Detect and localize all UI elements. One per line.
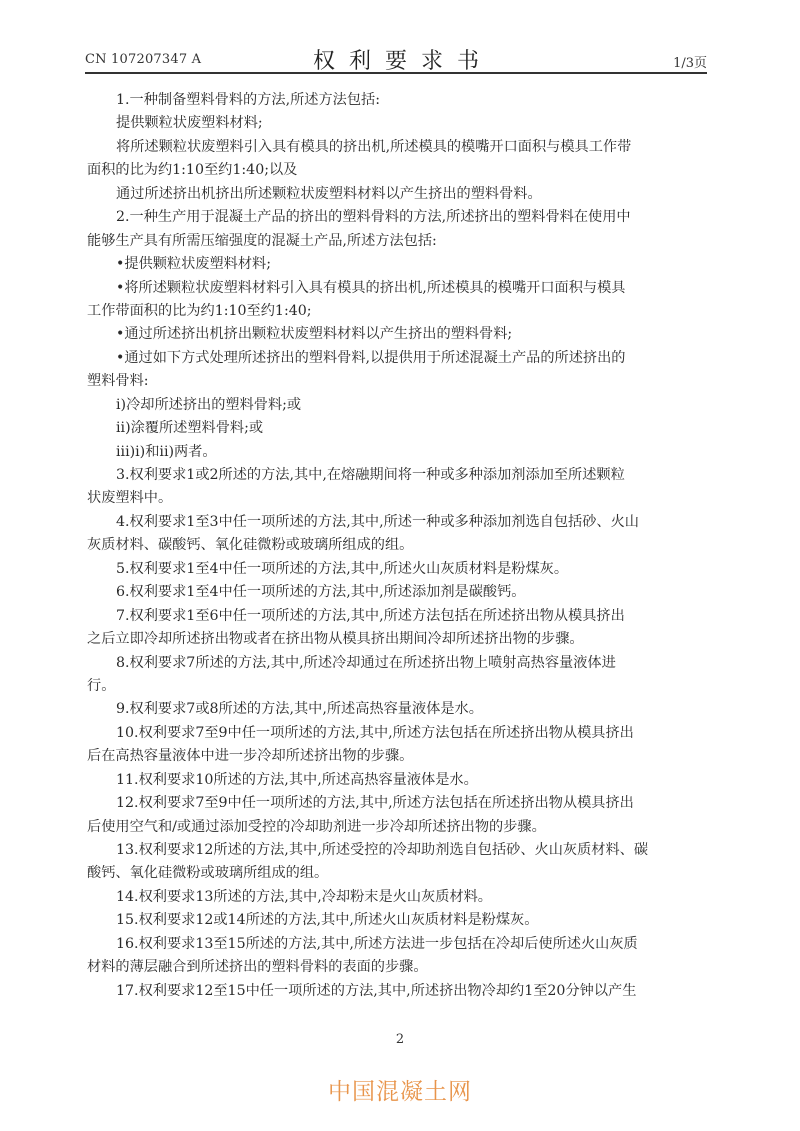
- text-line: 面积的比为约1:10至约1:40;以及: [87, 159, 709, 182]
- text-line: 酸钙、氧化硅微粉或玻璃所组成的组。: [87, 862, 709, 885]
- text-line: 材料的薄层融合到所述挤出的塑料骨料的表面的步骤。: [87, 956, 709, 979]
- text-line: 塑料骨料:: [87, 370, 709, 393]
- text-line: 2.一种生产用于混凝土产品的挤出的塑料骨料的方法,所述挤出的塑料骨料在使用中: [87, 206, 709, 229]
- document-header: CN 107207347 A 权利要求书 1/3页: [85, 44, 707, 72]
- text-line: ii)涂覆所述塑料骨料;或: [87, 417, 709, 440]
- text-line: •将所述颗粒状废塑料材料引入具有模具的挤出机,所述模具的模嘴开口面积与模具: [87, 277, 709, 300]
- text-line: 11.权利要求10所述的方法,其中,所述高热容量液体是水。: [87, 769, 709, 792]
- text-line: 5.权利要求1至4中任一项所述的方法,其中,所述火山灰质材料是粉煤灰。: [87, 558, 709, 581]
- text-line: 13.权利要求12所述的方法,其中,所述受控的冷却助剂选自包括砂、火山灰质材料、…: [87, 839, 709, 862]
- text-line: 后在高热容量液体中进一步冷却所述挤出物的步骤。: [87, 745, 709, 768]
- text-line: 灰质材料、碳酸钙、氧化硅微粉或玻璃所组成的组。: [87, 534, 709, 557]
- text-line: •通过所述挤出机挤出颗粒状废塑料材料以产生挤出的塑料骨料;: [87, 323, 709, 346]
- watermark-text: 中国混凝土网: [0, 1073, 800, 1106]
- text-line: 通过所述挤出机挤出所述颗粒状废塑料材料以产生挤出的塑料骨料。: [87, 183, 709, 206]
- text-line: 4.权利要求1至3中任一项所述的方法,其中,所述一种或多种添加剂选自包括砂、火山: [87, 511, 709, 534]
- text-line: •通过如下方式处理所述挤出的塑料骨料,以提供用于所述混凝土产品的所述挤出的: [87, 347, 709, 370]
- text-line: 将所述颗粒状废塑料引入具有模具的挤出机,所述模具的模嘴开口面积与模具工作带: [87, 136, 709, 159]
- text-line: 16.权利要求13至15所述的方法,其中,所述方法进一步包括在冷却后使所述火山灰…: [87, 933, 709, 956]
- text-line: 15.权利要求12或14所述的方法,其中,所述火山灰质材料是粉煤灰。: [87, 909, 709, 932]
- document-title: 权利要求书: [85, 44, 707, 75]
- text-line: 12.权利要求7至9中任一项所述的方法,其中,所述方法包括在所述挤出物从模具挤出: [87, 792, 709, 815]
- text-line: i)冷却所述挤出的塑料骨料;或: [87, 394, 709, 417]
- text-line: 17.权利要求12至15中任一项所述的方法,其中,所述挤出物冷却约1至20分钟以…: [87, 980, 709, 1003]
- text-line: 3.权利要求1或2所述的方法,其中,在熔融期间将一种或多种添加剂添加至所述颗粒: [87, 464, 709, 487]
- page-number: 2: [0, 1032, 800, 1047]
- text-line: 9.权利要求7或8所述的方法,其中,所述高热容量液体是水。: [87, 698, 709, 721]
- claims-body: 1.一种制备塑料骨料的方法,所述方法包括: 提供颗粒状废塑料材料; 将所述颗粒状…: [87, 89, 709, 1003]
- text-line: 14.权利要求13所述的方法,其中,冷却粉末是火山灰质材料。: [87, 886, 709, 909]
- text-line: 工作带面积的比为约1:10至约1:40;: [87, 300, 709, 323]
- page-label: 1/3页: [673, 52, 707, 71]
- text-line: 后使用空气和/或通过添加受控的冷却助剂进一步冷却所述挤出物的步骤。: [87, 816, 709, 839]
- text-line: 1.一种制备塑料骨料的方法,所述方法包括:: [87, 89, 709, 112]
- text-line: 10.权利要求7至9中任一项所述的方法,其中,所述方法包括在所述挤出物从模具挤出: [87, 722, 709, 745]
- text-line: 状废塑料中。: [87, 487, 709, 510]
- text-line: •提供颗粒状废塑料材料;: [87, 253, 709, 276]
- text-line: 能够生产具有所需压缩强度的混凝土产品,所述方法包括:: [87, 230, 709, 253]
- text-line: iii)i)和ii)两者。: [87, 441, 709, 464]
- text-line: 8.权利要求7所述的方法,其中,所述冷却通过在所述挤出物上喷射高热容量液体进: [87, 652, 709, 675]
- text-line: 提供颗粒状废塑料材料;: [87, 112, 709, 135]
- text-line: 行。: [87, 675, 709, 698]
- text-line: 之后立即冷却所述挤出物或者在挤出物从模具挤出期间冷却所述挤出物的步骤。: [87, 628, 709, 651]
- header-rule: [85, 72, 707, 74]
- text-line: 7.权利要求1至6中任一项所述的方法,其中,所述方法包括在所述挤出物从模具挤出: [87, 605, 709, 628]
- text-line: 6.权利要求1至4中任一项所述的方法,其中,所述添加剂是碳酸钙。: [87, 581, 709, 604]
